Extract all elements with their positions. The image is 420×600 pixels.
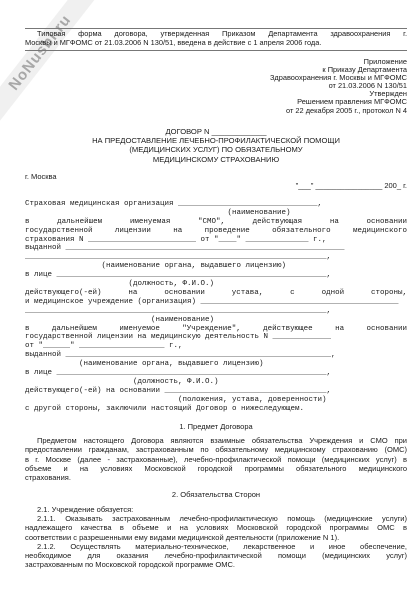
text-line: 2.1.1. Оказывать застрахованным лечебно-… — [25, 514, 407, 523]
text-line: от "______" ___________________ г., — [25, 342, 407, 351]
text-line: надлежащего качества в объеме и на услов… — [25, 523, 407, 532]
text-line: НА ПРЕДОСТАВЛЕНИЕ ЛЕЧЕБНО-ПРОФИЛАКТИЧЕСК… — [25, 136, 407, 145]
text-line: в г. Москве (далее - застрахованные), ле… — [25, 455, 407, 464]
text-line: 2.1.2. Осуществлять материально-техничес… — [25, 542, 407, 551]
text-line: (положения, устава, доверенности) — [25, 396, 407, 405]
text-line: (наименование) — [25, 209, 407, 218]
text-line: выданной _______________________________… — [25, 244, 407, 253]
text-line: с другой стороны, заключили настоящий До… — [25, 405, 407, 414]
text-line: выданной _______________________________… — [25, 351, 407, 360]
document-content: Типовая форма договора, утвержденная При… — [25, 28, 407, 570]
text-line: действующего(-ей) на основании _________… — [25, 387, 407, 396]
date-line: "___" ________________ 200_ г. — [25, 181, 407, 191]
text-line: Предметом настоящего Договора являются в… — [25, 436, 407, 445]
text-line: в лице _________________________________… — [25, 271, 407, 280]
text-line: от 21.03.2006 N 130/51 — [25, 82, 407, 90]
text-line: (наименование органа, выдавшего лицензию… — [25, 360, 407, 369]
text-line: и медицинское учреждение (организация) _… — [25, 298, 407, 307]
text-line: в дальнейшем именуемая "СМО", действующа… — [25, 218, 407, 227]
place-date-block: г. Москва "___" ________________ 200_ г. — [25, 172, 407, 191]
section-2-body: 2.1. Учреждение обязуется:2.1.1. Оказыва… — [25, 505, 407, 570]
text-line: объеме и на условиях Московской городско… — [25, 464, 407, 473]
text-line: Москвы и МГФОМС от 21.03.2006 N 130/51, … — [25, 39, 407, 48]
text-line: в лице _________________________________… — [25, 369, 407, 378]
place-line: г. Москва — [25, 172, 407, 182]
document-title: ДОГОВОР N _____________НА ПРЕДОСТАВЛЕНИЕ… — [25, 127, 407, 164]
contract-form: Страховая медицинская организация ______… — [25, 200, 407, 414]
text-line: ________________________________________… — [25, 307, 407, 316]
text-line: 2.1. Учреждение обязуется: — [25, 505, 407, 514]
text-line: действующего(-ей) на основании устава, с… — [25, 289, 407, 298]
text-line: необходимое для оказания лечебно-профила… — [25, 551, 407, 560]
section-1-heading: 1. Предмет Договора — [25, 422, 407, 431]
text-line: (должность, Ф.И.О.) — [25, 280, 407, 289]
text-line: государственной лицензии на медицинскую … — [25, 333, 407, 342]
text-line: (должность, Ф.И.О.) — [25, 378, 407, 387]
document-page: NoNusbi.ru Типовая форма договора, утвер… — [0, 0, 420, 600]
text-line: (наименование) — [25, 316, 407, 325]
text-line: Страховая медицинская организация ______… — [25, 200, 407, 209]
text-line: (МЕДИЦИНСКИХ УСЛУГ) ПО ОБЯЗАТЕЛЬНОМУ — [25, 145, 407, 154]
text-line: ________________________________________… — [25, 253, 407, 262]
appendix-block: Приложениек Приказу ДепартаментаЗдравоох… — [25, 58, 407, 115]
section-1-body: Предметом настоящего Договора являются в… — [25, 436, 407, 482]
text-line: от 22 декабря 2005 г., протокол N 4 — [25, 107, 407, 115]
text-line: предоставлении гражданам, застрахованным… — [25, 445, 407, 454]
text-line: (наименование органа, выдавшего лицензию… — [25, 262, 407, 271]
header-note: Типовая форма договора, утвержденная При… — [25, 28, 407, 51]
text-line: ДОГОВОР N _____________ — [25, 127, 407, 136]
text-line: государственной лицензии на проведение о… — [25, 227, 407, 236]
text-line: МЕДИЦИНСКОМУ СТРАХОВАНИЮ — [25, 155, 407, 164]
section-2-heading: 2. Обязательства Сторон — [25, 490, 407, 499]
text-line: соответствии с разрешенными ему видами м… — [25, 533, 407, 542]
text-line: страхования. — [25, 473, 407, 482]
text-line: застрахованным по Московской городской п… — [25, 560, 407, 569]
